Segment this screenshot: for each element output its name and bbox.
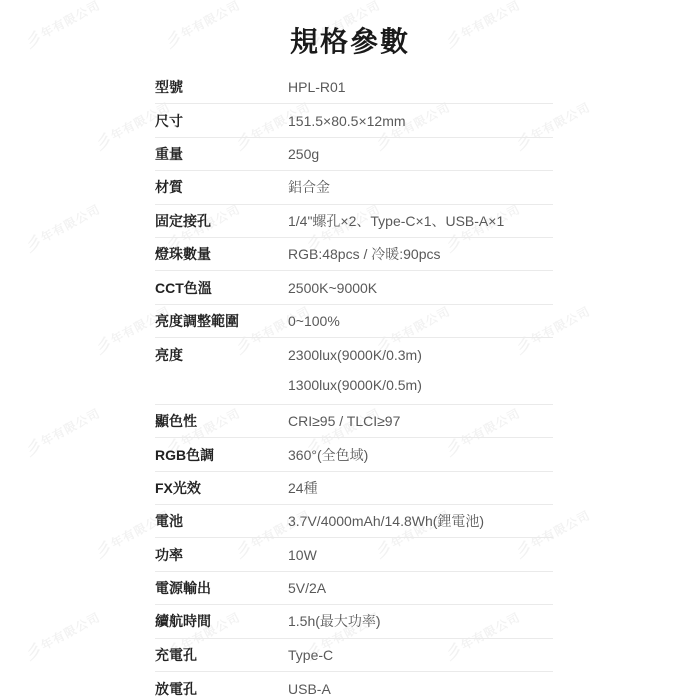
spec-row: FX光效 24種: [155, 472, 553, 505]
spec-value: 151.5×80.5×12mm: [288, 111, 553, 131]
spec-label: 重量: [155, 144, 288, 164]
spec-label: 電源輸出: [155, 578, 288, 598]
spec-table: 型號 HPL-R01 尺寸 151.5×80.5×12mm 重量 250g 材質…: [155, 71, 553, 700]
spec-value: 2500K~9000K: [288, 278, 553, 298]
spec-row: CCT色溫 2500K~9000K: [155, 271, 553, 304]
spec-row: 型號 HPL-R01: [155, 71, 553, 104]
spec-label: 顯色性: [155, 411, 288, 431]
spec-row: 重量 250g: [155, 138, 553, 171]
spec-row: 固定接孔 1/4"螺孔×2、Type-C×1、USB-A×1: [155, 205, 553, 238]
spec-label: 電池: [155, 511, 288, 531]
watermark-logo-icon: 彡: [92, 131, 115, 154]
spec-row: 電源輸出 5V/2A: [155, 572, 553, 605]
spec-value: 0~100%: [288, 311, 553, 331]
spec-value: 鋁合金: [288, 177, 553, 197]
spec-value: 24種: [288, 478, 553, 498]
watermark-text: 彡年有限公司: [20, 198, 105, 258]
watermark-logo-icon: 彡: [92, 539, 115, 562]
spec-label: 燈珠數量: [155, 244, 288, 264]
spec-label: 型號: [155, 77, 288, 97]
spec-value-line: RGB:48pcs / 冷暖:90pcs: [288, 244, 553, 264]
spec-value: 2300lux(9000K/0.3m)1300lux(9000K/0.5m): [288, 345, 553, 395]
spec-row: 功率 10W: [155, 538, 553, 571]
spec-row: RGB色調 360°(全色域): [155, 438, 553, 471]
spec-value: 3.7V/4000mAh/14.8Wh(鋰電池): [288, 511, 553, 531]
spec-value: 250g: [288, 144, 553, 164]
spec-value: HPL-R01: [288, 77, 553, 97]
spec-value: USB-A: [288, 679, 553, 699]
spec-label: 亮度調整範圍: [155, 311, 288, 331]
spec-label: 亮度: [155, 345, 288, 365]
spec-label: 材質: [155, 177, 288, 197]
spec-value-line: 鋁合金: [288, 177, 553, 197]
watermark-logo-icon: 彡: [22, 437, 45, 460]
spec-label: 續航時間: [155, 611, 288, 631]
spec-value: 5V/2A: [288, 578, 553, 598]
spec-label: 固定接孔: [155, 211, 288, 231]
spec-row: 充電孔 Type-C: [155, 639, 553, 672]
spec-row: 顯色性 CRI≥95 / TLCI≥97: [155, 405, 553, 438]
spec-label: RGB色調: [155, 445, 288, 465]
spec-value-line: 1.5h(最大功率): [288, 611, 553, 631]
spec-label: FX光效: [155, 478, 288, 498]
page-title: 規格參數: [0, 0, 700, 58]
spec-value-line: USB-A: [288, 679, 553, 699]
watermark-text: 彡年有限公司: [20, 402, 105, 462]
spec-label: 尺寸: [155, 111, 288, 131]
spec-value-line: HPL-R01: [288, 77, 553, 97]
spec-value: 360°(全色域): [288, 445, 553, 465]
spec-value-line: 360°(全色域): [288, 445, 553, 465]
spec-row: 放電孔 USB-A: [155, 672, 553, 700]
spec-row: 電池 3.7V/4000mAh/14.8Wh(鋰電池): [155, 505, 553, 538]
spec-row: 續航時間 1.5h(最大功率): [155, 605, 553, 638]
spec-value: 1/4"螺孔×2、Type-C×1、USB-A×1: [288, 211, 553, 231]
spec-value-line: 3.7V/4000mAh/14.8Wh(鋰電池): [288, 511, 553, 531]
watermark-logo-icon: 彡: [22, 641, 45, 664]
watermark-logo-icon: 彡: [22, 233, 45, 256]
spec-row: 亮度 2300lux(9000K/0.3m)1300lux(9000K/0.5m…: [155, 338, 553, 405]
spec-value-line: 250g: [288, 144, 553, 164]
spec-row: 材質 鋁合金: [155, 171, 553, 204]
spec-label: CCT色溫: [155, 278, 288, 298]
spec-value-line: 5V/2A: [288, 578, 553, 598]
spec-value-line: 2300lux(9000K/0.3m): [288, 345, 553, 365]
spec-value-line: Type-C: [288, 645, 553, 665]
spec-label: 功率: [155, 545, 288, 565]
spec-value-line: CRI≥95 / TLCI≥97: [288, 411, 553, 431]
spec-value: CRI≥95 / TLCI≥97: [288, 411, 553, 431]
spec-value-line: 1300lux(9000K/0.5m): [288, 375, 553, 395]
spec-value-line: 151.5×80.5×12mm: [288, 111, 553, 131]
spec-row: 尺寸 151.5×80.5×12mm: [155, 104, 553, 137]
spec-row: 亮度調整範圍 0~100%: [155, 305, 553, 338]
spec-value: 1.5h(最大功率): [288, 611, 553, 631]
spec-value: RGB:48pcs / 冷暖:90pcs: [288, 244, 553, 264]
spec-value-line: 10W: [288, 545, 553, 565]
watermark-logo-icon: 彡: [92, 335, 115, 358]
spec-row: 燈珠數量 RGB:48pcs / 冷暖:90pcs: [155, 238, 553, 271]
spec-value-line: 24種: [288, 478, 553, 498]
spec-value-line: 0~100%: [288, 311, 553, 331]
spec-sheet: 規格參數 型號 HPL-R01 尺寸 151.5×80.5×12mm 重量 25…: [0, 0, 700, 58]
watermark-text: 彡年有限公司: [20, 606, 105, 666]
spec-value-line: 2500K~9000K: [288, 278, 553, 298]
spec-value: 10W: [288, 545, 553, 565]
spec-value-line: 1/4"螺孔×2、Type-C×1、USB-A×1: [288, 211, 553, 231]
spec-label: 充電孔: [155, 645, 288, 665]
spec-value: Type-C: [288, 645, 553, 665]
spec-label: 放電孔: [155, 679, 288, 699]
